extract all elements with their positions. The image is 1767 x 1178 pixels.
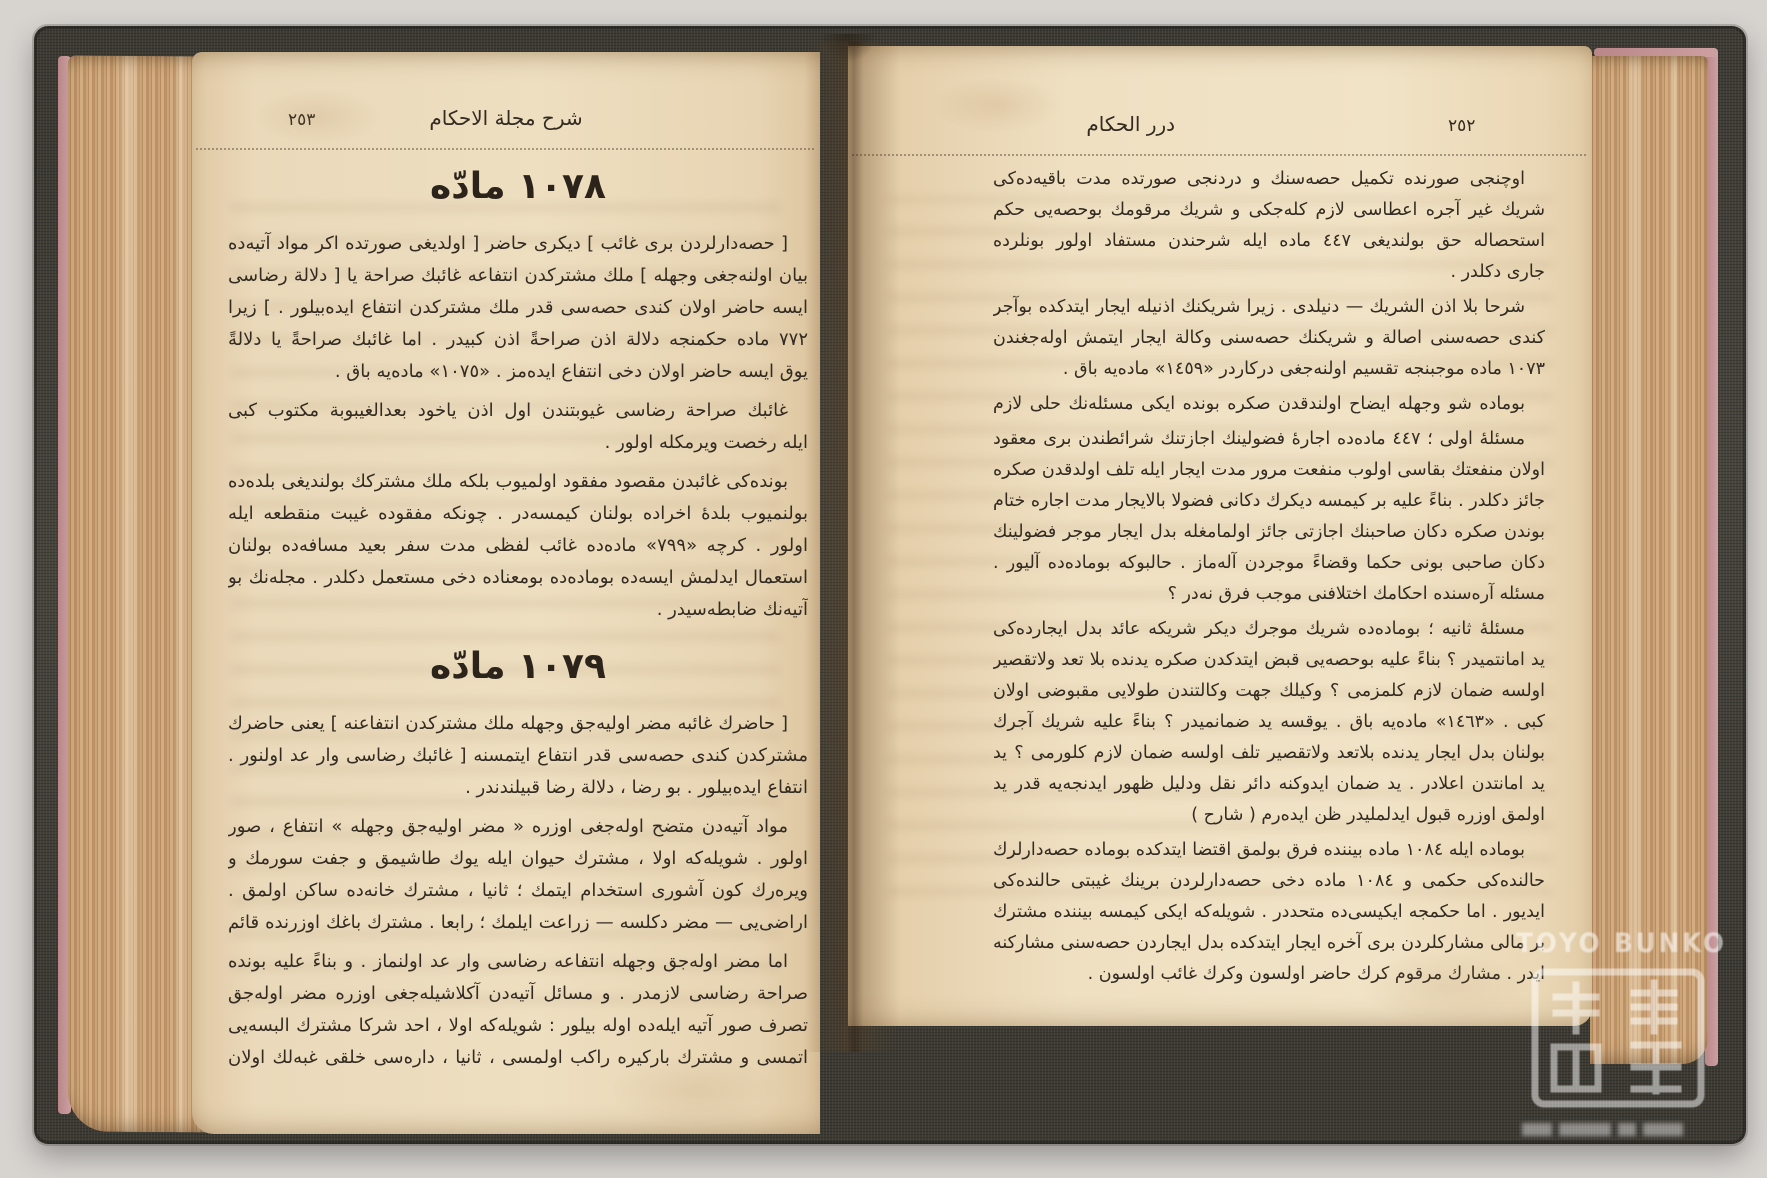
- open-book: ٢٥٣ شرح مجلة الاحكام ١٠٧٨ مادّه[ حصه‌دار…: [34, 26, 1746, 1144]
- text-line: مسئلهٔ اولى ؛ ٤٤٧ ماده‌ده اجارهٔ فضولينك…: [993, 424, 1545, 455]
- text-line: آتيه‌نك ضابطه‌سيدر .: [228, 594, 808, 626]
- text-line: يد امانتدن اعلادر . يد ضمان ايدوكنه دائر…: [993, 769, 1545, 800]
- text-line: اراضى‌يى — مضر دكلسه — زراعت ايلمك ؛ راب…: [228, 907, 808, 939]
- left-page-header: ٢٥٣ شرح مجلة الاحكام: [192, 106, 820, 152]
- article-heading: ١٠٧٩ مادّه: [228, 640, 808, 694]
- text-line: يوق ايسه حاضر اولان دخى انتفاع ايده‌مز .…: [228, 356, 808, 388]
- text-line: ايسه حاضر اولان كندى حصه‌سى قدر ملك مشتر…: [228, 292, 808, 324]
- text-line: بوماده شو وجهله ايضاح اولندقدن صكره بوند…: [993, 389, 1545, 420]
- text-line: بوندن صكره دكان صاحبنك اجازتى جائز اولما…: [993, 517, 1545, 548]
- right-page-header: درر الحكام ٢٥٢: [848, 112, 1592, 158]
- text-line: بولنميوب بلدهٔ اخراده بولنان كيمسه‌در . …: [228, 498, 808, 530]
- stamp-footer-marks: [1522, 1119, 1760, 1138]
- text-line: دكان صاحبى بونى حكما وقضاءً موجردن آله‌م…: [993, 548, 1545, 579]
- text-line: كبى . «١٤٦٣» ماده‌يه باق . يوقسه يد ضمان…: [993, 707, 1545, 738]
- paragraph: [ حصه‌دارلردن برى غائب ] ديكرى حاضر [ او…: [228, 228, 808, 388]
- text-line: [ حاضرك غائبه مضر اوليه‌جق وجهله ملك مشت…: [228, 708, 808, 740]
- paragraph: اوچنجى صورنده تكميل حصه‌سنك و دردنجى صور…: [993, 164, 1545, 288]
- text-line: انتفاع ايده‌بيلور . بو رضا ، دلالة رضا ق…: [228, 772, 808, 804]
- paragraph: غائبك صراحة رضاسى غيوبتندن اول اذن ياخود…: [228, 395, 808, 459]
- text-line: استعمال ايدلمش ايسه‌ده بوماده‌ده بومعناد…: [228, 562, 808, 594]
- fore-edge-right: [1590, 56, 1708, 1064]
- text-line: اولمق اوزره قبول ايدلمليدر ظن ايده‌رم ( …: [993, 800, 1545, 831]
- text-line: اولور . كرچه «٧٩٩» ماده‌ده غائب لفظى مدت…: [228, 530, 808, 562]
- left-page: ٢٥٣ شرح مجلة الاحكام ١٠٧٨ مادّه[ حصه‌دار…: [192, 52, 820, 1134]
- text-line: ٧٧٢ ماده حكمنجه دلالة اذن صراحةً اذن كبي…: [228, 324, 808, 356]
- right-page-number: ٢٥٢: [1448, 116, 1475, 136]
- paragraph: بوماده شو وجهله ايضاح اولندقدن صكره بوند…: [993, 389, 1545, 420]
- article-heading: ١٠٧٨ مادّه: [228, 160, 808, 214]
- text-line: جارى دكلدر .: [993, 257, 1545, 288]
- paragraph: [ حاضرك غائبه مضر اوليه‌جق وجهله ملك مشت…: [228, 708, 808, 804]
- text-line: صراحة رضاسى لازمدر . و مسائل آتيه‌دن آكل…: [228, 978, 808, 1010]
- text-line: مسئلهٔ ثانيه ؛ بوماده‌ده شريك موجرك ديكر…: [993, 614, 1545, 645]
- paragraph: مسئلهٔ ثانيه ؛ بوماده‌ده شريك موجرك ديكر…: [993, 614, 1545, 831]
- text-line: بولنان بدل ايجار يدنده بلاتعد ولاتقصير ت…: [993, 738, 1545, 769]
- text-line: مشتركدن كندى حصه‌سى قدر انتفاع ايتمسنه […: [228, 740, 808, 772]
- paragraph: مواد آتيه‌دن متضح اوله‌جغى اوزره « مضر ا…: [228, 811, 808, 939]
- text-line: اولسه ضمان لازم كلمزمى ؟ وكيلك جهت وكالت…: [993, 676, 1545, 707]
- text-line: مواد آتيه‌دن متضح اوله‌جغى اوزره « مضر ا…: [228, 811, 808, 843]
- text-line: اما مضر اوله‌جق وجهله انتفاعه رضاسى وار …: [228, 946, 808, 978]
- paragraph: بونده‌كى غائبدن مقصود مفقود اولميوب بلكه…: [228, 466, 808, 626]
- right-page: درر الحكام ٢٥٢ اوچنجى صورنده تكميل حصه‌س…: [848, 46, 1592, 1026]
- left-page-number: ٢٥٣: [288, 110, 315, 130]
- right-running-title: درر الحكام: [1086, 112, 1175, 136]
- text-line: بوماده ايله ١٠٨٤ ماده بيننده فرق بولمق ا…: [993, 835, 1545, 866]
- paragraph: بوماده ايله ١٠٨٤ ماده بيننده فرق بولمق ا…: [993, 835, 1545, 990]
- text-line: اولان منفعتك بقاسى اولوب منفعت مرور مدت …: [993, 455, 1545, 486]
- text-line: استحصاله حق بولنديغى ٤٤٧ ماده ايله شرحند…: [993, 226, 1545, 257]
- paragraph: شرحا بلا اذن الشريك — دنيلدى . زيرا شريك…: [993, 292, 1545, 385]
- text-line: ايديور . اما حكمجه ايكيسى‌ده متحددر . شو…: [993, 897, 1545, 928]
- text-line: اتمسى و مشترك باركيره راكب اولمسى ، ثاني…: [228, 1042, 808, 1074]
- text-line: يد امانتميدر ؟ بناءً عليه بوحصه‌يى قبض ا…: [993, 645, 1545, 676]
- right-header-rule: [852, 154, 1588, 156]
- photo-scene: { "book": { "left_page": { "page_number"…: [0, 0, 1767, 1178]
- text-line: بونده‌كى غائبدن مقصود مفقود اولميوب بلكه…: [228, 466, 808, 498]
- text-line: ١٠٧٣ ماده موجبنجه تقسيم اولنه‌جغى دركارد…: [993, 354, 1545, 385]
- text-line: [ حصه‌دارلردن برى غائب ] ديكرى حاضر [ او…: [228, 228, 808, 260]
- text-line: شريك غير آجره اعطاسى لازم كله‌جكى و شريك…: [993, 195, 1545, 226]
- text-line: غائبك صراحة رضاسى غيوبتندن اول اذن ياخود…: [228, 395, 808, 427]
- text-line: مسئله آره‌سنده احكامك اختلافنى موجب فرق …: [993, 579, 1545, 610]
- text-line: ويره‌رك كون آشورى استخدام ايتمك ؛ ثانيا …: [228, 875, 808, 907]
- text-line: جائز دكلدر . بناءً عليه بر كيمسه ديكرك د…: [993, 486, 1545, 517]
- text-line: اولور . شويله‌كه اولا ، مشترك حيوان ايله…: [228, 843, 808, 875]
- text-line: بر مالى مشاركلردن برى آخره ايجار ايتدكده…: [993, 928, 1545, 959]
- text-line: شرحا بلا اذن الشريك — دنيلدى . زيرا شريك…: [993, 292, 1545, 323]
- text-line: حالنده‌كى حكمى و ١٠٨٤ ماده دخى حصه‌دارلر…: [993, 866, 1545, 897]
- text-line: اوچنجى صورنده تكميل حصه‌سنك و دردنجى صور…: [993, 164, 1545, 195]
- text-line: تصرف صور آتيه ايله‌ده اوله بيلور : شويله…: [228, 1010, 808, 1042]
- text-line: كندى حصه‌سنى اصالة و شريكنك حصه‌سنى وكال…: [993, 323, 1545, 354]
- right-page-text: اوچنجى صورنده تكميل حصه‌سنك و دردنجى صور…: [993, 164, 1545, 994]
- text-line: بيان اولنه‌جغى وجهله ] ملك مشتركدن انتفا…: [228, 260, 808, 292]
- text-line: ايدر . مشارك مرقوم كرك حاضر اولسون وكرك …: [993, 959, 1545, 990]
- paragraph: مسئلهٔ اولى ؛ ٤٤٧ ماده‌ده اجارهٔ فضولينك…: [993, 424, 1545, 610]
- left-header-rule: [196, 148, 816, 150]
- left-running-title: شرح مجلة الاحكام: [429, 106, 582, 130]
- text-line: ايله رخصت ويرمكله اولور .: [228, 427, 808, 459]
- left-page-text: ١٠٧٨ مادّه[ حصه‌دارلردن برى غائب ] ديكرى…: [228, 158, 808, 1081]
- paragraph: اما مضر اوله‌جق وجهله انتفاعه رضاسى وار …: [228, 946, 808, 1074]
